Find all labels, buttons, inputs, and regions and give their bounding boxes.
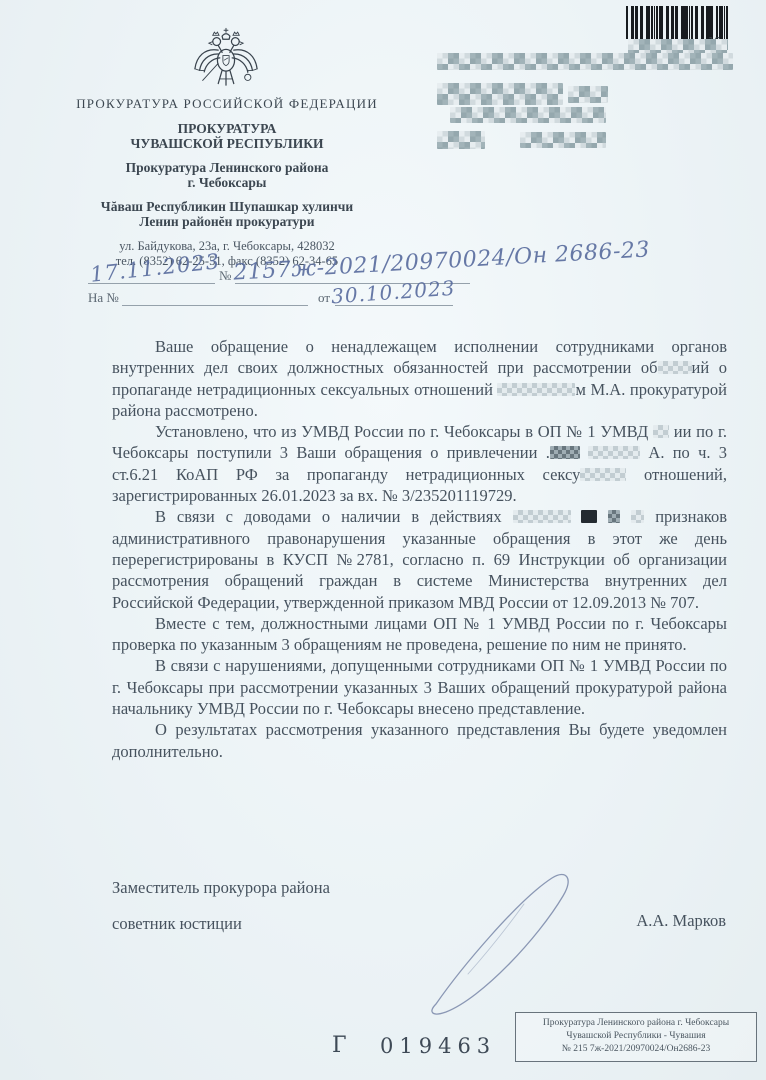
form-series-letter: Г xyxy=(332,1033,347,1058)
redaction-block xyxy=(568,86,608,103)
signature-stroke xyxy=(406,856,581,1016)
signer-name: А.А. Марков xyxy=(616,911,726,931)
letterhead-republic-line1: ПРОКУРАТУРА xyxy=(60,121,394,136)
incoming-number-label: На № xyxy=(88,290,119,306)
redaction-block xyxy=(631,510,644,523)
body-paragraph: Вместе с тем, должностными лицами ОП № 1… xyxy=(112,613,727,656)
from-date-label: от xyxy=(318,290,330,306)
barcode xyxy=(626,6,729,39)
redaction-block xyxy=(550,446,580,459)
stamp-line2: Чувашской Республики - Чувашия xyxy=(520,1030,752,1043)
redaction-block xyxy=(581,510,597,523)
coat-of-arms-emblem xyxy=(187,26,265,96)
letterhead-district-line1: Прокуратура Ленинского района xyxy=(60,160,394,175)
letterhead-chuvash-line2: Ленин районĕн прокуратури xyxy=(60,214,394,229)
redaction-block xyxy=(450,107,606,123)
stamp-line3: № 215 7ж-2021/20970024/Он2686-23 xyxy=(520,1043,752,1056)
letterhead-republic-line2: ЧУВАШСКОЙ РЕСПУБЛИКИ xyxy=(60,136,394,151)
letterhead-federation-line: ПРОКУРАТУРА РОССИЙСКОЙ ФЕДЕРАЦИИ xyxy=(60,96,394,112)
form-number: 019463 xyxy=(380,1034,496,1058)
redaction-block xyxy=(653,425,669,438)
body-paragraph: Установлено, что из УМВД России по г. Че… xyxy=(112,421,727,506)
body-paragraph: О результатах рассмотрения указанного пр… xyxy=(112,719,727,762)
registration-stamp: Прокуратура Ленинского района г. Чебокса… xyxy=(515,1012,757,1062)
body-paragraph: В связи с доводами о наличии в действиях… xyxy=(112,506,727,612)
letterhead: ПРОКУРАТУРА РОССИЙСКОЙ ФЕДЕРАЦИИ ПРОКУРА… xyxy=(60,96,394,268)
letterhead-address: ул. Байдукова, 23а, г. Чебоксары, 428032 xyxy=(60,239,394,254)
redaction-block xyxy=(588,446,640,459)
redaction-block xyxy=(580,468,626,481)
letterhead-district-line2: г. Чебоксары xyxy=(60,175,394,190)
body-paragraph: В связи с нарушениями, допущенными сотру… xyxy=(112,655,727,719)
redaction-block xyxy=(513,510,571,523)
redaction-block xyxy=(628,39,728,54)
body-paragraph: Ваше обращение о ненадлежащем исполнении… xyxy=(112,336,727,421)
redaction-block xyxy=(497,383,575,396)
redaction-block xyxy=(658,361,692,374)
redaction-block xyxy=(437,83,563,105)
redaction-block xyxy=(437,131,485,149)
redaction-block xyxy=(520,132,606,148)
redaction-block xyxy=(437,53,733,70)
letter-body: Ваше обращение о ненадлежащем исполнении… xyxy=(112,336,727,762)
stamp-line1: Прокуратура Ленинского района г. Чебокса… xyxy=(520,1017,752,1030)
handwritten-incoming-date: 30.10.2023 xyxy=(330,276,456,309)
scanned-letter-page: 18 ПРОКУРАТУРА РОССИЙСКОЙ ФЕДЕРАЦИИ ПРОК… xyxy=(0,0,766,1080)
signer-post-line1: Заместитель прокурора района xyxy=(112,878,330,898)
redaction-block xyxy=(608,510,620,523)
letterhead-chuvash-line1: Чăваш Республикин Шупашкар хулинчи xyxy=(60,199,394,214)
signer-post-line2: советник юстиции xyxy=(112,914,242,934)
incoming-number-underline xyxy=(122,305,308,306)
